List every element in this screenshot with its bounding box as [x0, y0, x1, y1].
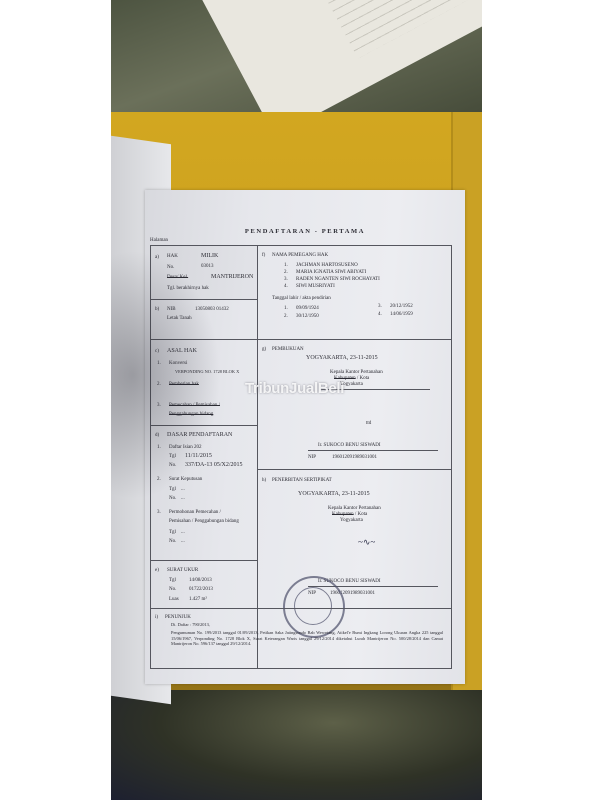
- penerbitan-place-date: YOGYAKARTA, 23-11-2015: [298, 491, 370, 497]
- pembukuan-nip: 196012091989031001: [332, 455, 377, 460]
- hak-value: MILIK: [201, 253, 218, 259]
- nib-value: 13050803 01432: [195, 307, 229, 312]
- section-g-pembukuan: g) PEMBUKUAN YOGYAKARTA, 23-11-2015 Kepa…: [258, 339, 451, 470]
- desa-value: MANTRIJERON: [211, 274, 253, 280]
- birthdate: 14/06/1959: [390, 312, 413, 317]
- birthdate: 30/12/1950: [296, 314, 319, 319]
- birthdate: 20/12/1952: [390, 304, 413, 309]
- birthdate: 09/09/1924: [296, 306, 319, 311]
- section-f-pemegang-hak: f) NAMA PEMEGANG HAK 1. JACHMAN HARTOSUS…: [258, 246, 451, 340]
- holder-name: RADEN NGANTEN SIWI ROCHAYATI: [296, 277, 380, 282]
- holder-name: SIWI MUSRIYATI: [296, 284, 335, 289]
- document-photo: SURAT PENGUKURAN DASAR PENDAFTARAN - PER…: [111, 0, 482, 800]
- holder-name: JACHMAN HARTOSUSENO: [296, 263, 358, 268]
- holder-name: MARIA IGNATIA SIWI ABIYATI: [296, 270, 366, 275]
- certificate-page: PENDAFTARAN - PERTAMA Halaman a) HAK MIL…: [145, 190, 465, 684]
- signature: ~∿~: [358, 537, 375, 548]
- daftar-isian-date: 11/11/2015: [185, 453, 212, 459]
- section-a-hak: a) HAK MILIK No. 03013 Desa/ Kel. MANTRI…: [151, 246, 257, 300]
- penunjuk-text: Pengumuman No. 199/2013 tanggal 01/09/20…: [171, 630, 443, 647]
- surat-ukur-date: 14/08/2013: [189, 578, 212, 583]
- halaman-label: Halaman: [150, 238, 168, 243]
- floor-bottom: [111, 690, 482, 800]
- section-e-surat-ukur: e) SURAT UKUR Tgl 14/08/2013 No. 01722/2…: [151, 560, 257, 608]
- registration-table: a) HAK MILIK No. 03013 Desa/ Kel. MANTRI…: [150, 245, 452, 669]
- section-d-dasar-pendaftaran: d) DASAR PENDAFTARAN 1. Daftar Isian 202…: [151, 425, 257, 561]
- daftar-isian-number: 337/DA-13 05/X2/2015: [185, 462, 243, 468]
- hak-number: 03013: [201, 264, 214, 269]
- section-b-nib: b) NIB 13050803 01432 Letak Tanah: [151, 299, 257, 340]
- section-c-asal-hak: c) ASAL HAK 1. Konversi VERPONDING NO. 1…: [151, 339, 257, 426]
- pembukuan-official-name: Ir. SUKOCO BENU SISWADI: [318, 443, 381, 448]
- konversi-value: VERPONDING NO. 1728 BLOK X: [175, 370, 239, 374]
- section-h-penerbitan: h) PENERBITAN SERTIPIKAT YOGYAKARTA, 23-…: [258, 469, 451, 608]
- surat-ukur-number: 01722/2013: [189, 587, 213, 592]
- pembukuan-place-date: YOGYAKARTA, 23-11-2015: [306, 355, 378, 361]
- page-title: PENDAFTARAN - PERTAMA: [145, 228, 465, 235]
- watermark: TribunJualBeli: [245, 380, 344, 397]
- left-column: a) HAK MILIK No. 03013 Desa/ Kel. MANTRI…: [151, 246, 258, 668]
- section-i-penunjuk: i) PENUNJUK Di. Daftar : 790/2013, Pengu…: [151, 608, 451, 669]
- luas-value: 1.427 m²: [189, 597, 207, 602]
